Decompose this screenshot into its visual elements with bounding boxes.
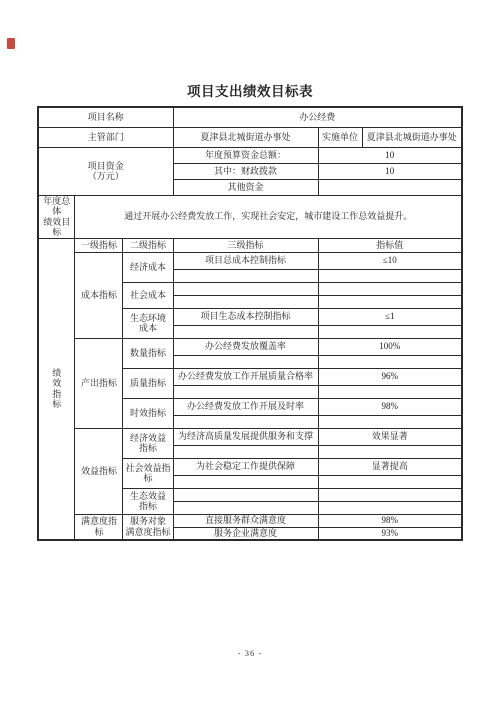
header-value: 指标值 [318,238,462,252]
annual-goal-text: 通过开展办公经费发放工作，实现社会安定，城市建设工作总效益提升。 [75,195,462,238]
indicator-name-cell [173,325,318,338]
indicator-value-cell [318,282,462,295]
funds-row-label: 其中：财政拨款 [173,163,318,179]
level2-cell: 经济成本 [123,252,173,282]
project-name-label: 项目名称 [38,107,173,127]
page-title: 项目支出绩效目标表 [0,0,500,100]
indicator-name-cell [173,282,318,295]
indicator-name-cell [173,488,318,501]
header-level2: 二级指标 [123,238,173,252]
indicator-side-label: 绩 效 指 标 [38,238,75,540]
indicator-value-cell [318,415,462,428]
level2-cell: 生态效益 指标 [123,488,173,514]
level2-cell: 服务对象 满意度指标 [123,514,173,540]
level1-cell-output: 产出指标 [75,338,123,428]
page-number: - 36 - [0,648,500,658]
indicator-name-cell: 项目生态成本控制指标 [173,308,318,325]
indicator-value-cell: 显著提高 [318,458,462,475]
indicator-name-cell [173,295,318,308]
level2-cell: 数量指标 [123,338,173,368]
indicator-value-cell [318,445,462,458]
indicator-name-cell: 办公经费发放覆盖率 [173,338,318,355]
level1-cell-cost: 成本指标 [75,252,123,338]
department-label: 主管部门 [38,127,173,147]
funds-label: 项目资金 （万元） [38,147,173,195]
red-corner-mark [7,38,15,49]
level1-cell-satisfaction: 满意度指标 [75,514,123,540]
funds-row-value: 10 [318,147,462,163]
level2-cell: 社会效益指 标 [123,458,173,488]
indicator-value-cell [318,501,462,514]
indicator-value-cell: 效果显著 [318,428,462,445]
funds-row-label: 其他资金 [173,179,318,195]
level1-cell-benefit: 效益指标 [75,428,123,514]
indicator-value-cell: ≤10 [318,252,462,269]
indicator-name-cell: 为社会稳定工作提供保障 [173,458,318,475]
funds-row-value: 10 [318,163,462,179]
indicator-value-cell [318,355,462,368]
indicator-name-cell: 项目总成本控制指标 [173,252,318,269]
indicator-name-cell: 办公经费发放工作开展质量合格率 [173,368,318,385]
indicator-value-cell [318,325,462,338]
indicator-name-cell: 为经济高质量发展提供服务和支撑 [173,428,318,445]
implement-unit-value: 夏津县北城街道办事处 [362,127,462,147]
implement-unit-label: 实施单位 [318,127,362,147]
annual-goal-label: 年度总体 绩效目标 [38,195,75,238]
indicator-name-cell: 办公经费发放工作开展及时率 [173,398,318,415]
funds-row-label: 年度预算资金总额： [173,147,318,163]
indicator-value-cell [318,269,462,282]
indicator-value-cell: 96% [318,368,462,385]
indicator-value-cell [318,475,462,488]
indicator-name-cell [173,355,318,368]
level2-cell: 社会成本 [123,282,173,308]
indicator-value-cell [318,488,462,501]
indicator-name-cell [173,501,318,514]
indicator-name-cell [173,415,318,428]
indicator-name-cell [173,269,318,282]
department-value: 夏津县北城街道办事处 [173,127,318,147]
indicator-value-cell: 98% [318,514,462,527]
indicator-value-cell: 98% [318,398,462,415]
level2-cell: 时效指标 [123,398,173,428]
indicator-name-cell [173,385,318,398]
document-page: 项目支出绩效目标表 项目名称 办公经费 主管部门 夏津县北城街道办事处 实施单位… [0,0,500,707]
indicator-name-cell [173,475,318,488]
level2-cell: 生态环境 成本 [123,308,173,338]
indicator-name-cell: 直接服务群众满意度 [173,514,318,527]
funds-row-value [318,179,462,195]
header-level3: 三级指标 [173,238,318,252]
level2-cell: 经济效益 指标 [123,428,173,458]
performance-target-table: 项目名称 办公经费 主管部门 夏津县北城街道办事处 实施单位 夏津县北城街道办事… [37,106,463,541]
indicator-name-cell [173,445,318,458]
indicator-value-cell: 93% [318,527,462,540]
level2-cell: 质量指标 [123,368,173,398]
indicator-value-cell: 100% [318,338,462,355]
project-name-value: 办公经费 [173,107,462,127]
header-level1: 一级指标 [75,238,123,252]
indicator-value-cell: ≤1 [318,308,462,325]
indicator-value-cell [318,385,462,398]
indicator-value-cell [318,295,462,308]
indicator-name-cell: 服务企业满意度 [173,527,318,540]
